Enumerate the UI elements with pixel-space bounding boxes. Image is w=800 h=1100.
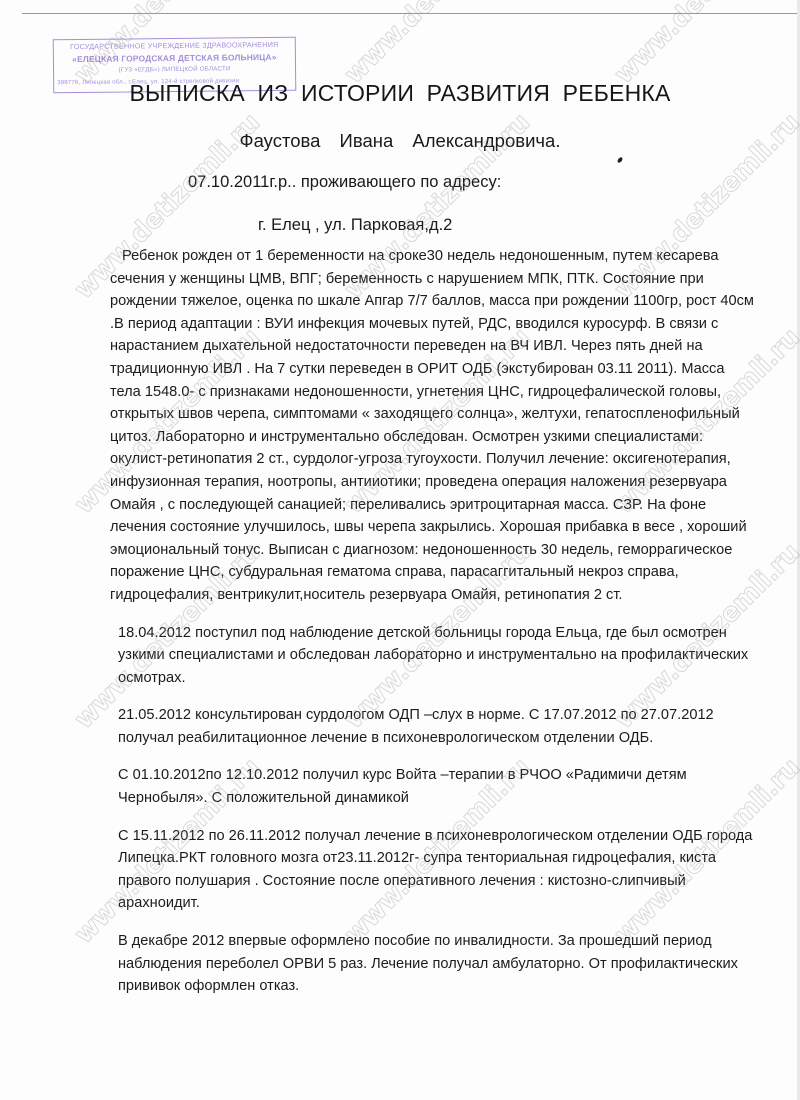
ink-blot: [616, 157, 623, 164]
scanned-page: ГОСУДАРСТВЕННОЕ УЧРЕЖДЕНИЕ ЗДРАВООХРАНЕН…: [0, 0, 800, 1100]
paragraph-observation: 18.04.2012 поступил под наблюдение детск…: [118, 622, 758, 690]
paragraph-neurology-treatment: С 15.11.2012 по 26.11.2012 получал лечен…: [118, 825, 758, 915]
paragraph-vojta-therapy: С 01.10.2012по 12.10.2012 получил курс В…: [118, 764, 758, 809]
patient-address: г. Елец , ул. Парковая,д.2: [258, 216, 452, 235]
patient-name: Фаустова Ивана Александровича.: [0, 130, 800, 152]
document-body: Ребенок рожден от 1 беременности на срок…: [118, 245, 758, 1013]
paragraph-birth-history: Ребенок рожден от 1 беременности на срок…: [110, 245, 758, 607]
birth-date-line: 07.10.2011г.р.. проживающего по адресу:: [188, 173, 501, 192]
scan-top-edge-line: [22, 13, 800, 14]
paragraph-disability: В декабре 2012 впервые оформлено пособие…: [118, 930, 758, 998]
paragraph-audiology: 21.05.2012 консультирован сурдологом ОДП…: [118, 704, 758, 749]
document-title: ВЫПИСКА ИЗ ИСТОРИИ РАЗВИТИЯ РЕБЕНКА: [0, 80, 800, 107]
